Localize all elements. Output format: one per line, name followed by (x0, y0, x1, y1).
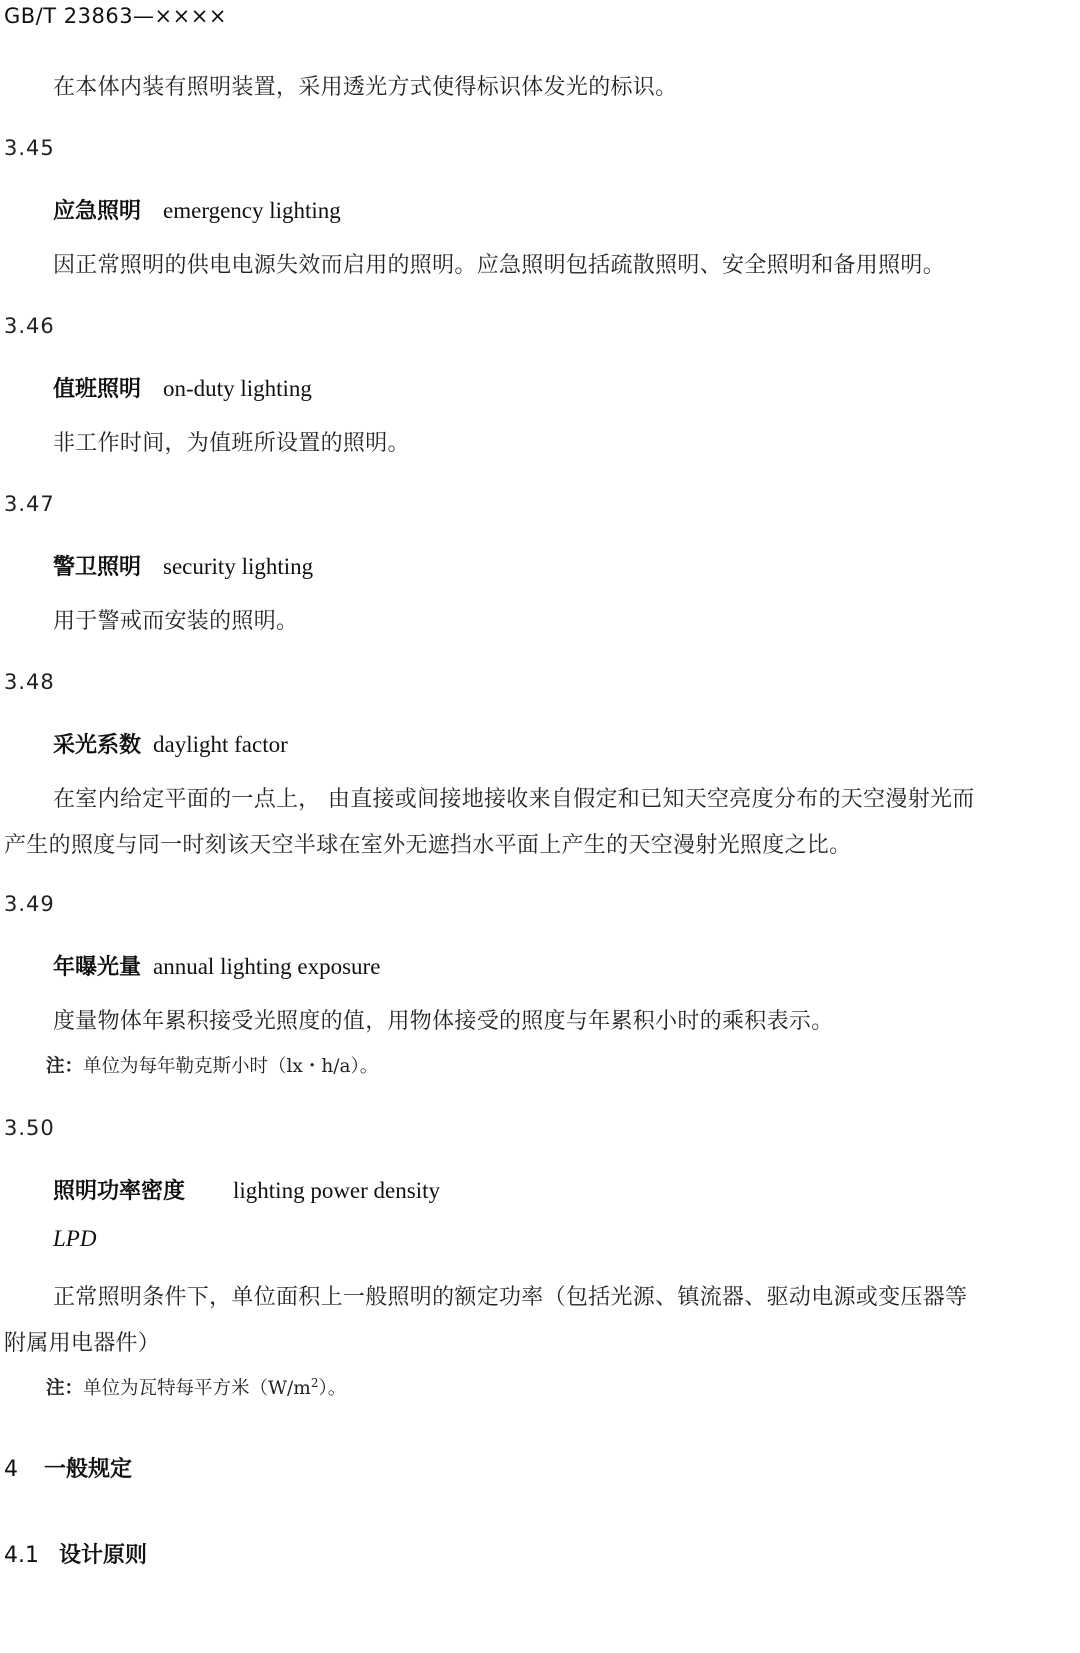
definition-daylight-factor-line-1: 在室内给定平面的一点上， 由直接或间接地接收来自假定和已知天空亮度分布的天空漫射… (53, 782, 975, 813)
clause-number-3-45: 3.45 (4, 136, 55, 160)
clause-number-3-48: 3.48 (4, 670, 55, 694)
term-heading-on-duty-lighting: 值班照明on-duty lighting (53, 372, 312, 403)
abbreviation-lpd: LPD (53, 1226, 96, 1252)
term-heading-security-lighting: 警卫照明security lighting (53, 550, 313, 581)
section-title: 一般规定 (44, 1457, 132, 1482)
clause-number-3-47: 3.47 (4, 492, 55, 516)
clause-number-3-50: 3.50 (4, 1116, 55, 1140)
term-zh: 采光系数 (53, 733, 141, 758)
note-text-before: 单位为瓦特每平方米（W/m (83, 1378, 311, 1399)
definition-lpd-line-1: 正常照明条件下，单位面积上一般照明的额定功率（包括光源、镇流器、驱动电源或变压器… (53, 1280, 967, 1311)
definition-daylight-factor-line-2: 产生的照度与同一时刻该天空半球在室外无遮挡水平面上产生的天空漫射光照度之比。 (4, 828, 851, 859)
term-heading-annual-lighting-exposure: 年曝光量annual lighting exposure (53, 950, 380, 981)
term-heading-emergency-lighting: 应急照明emergency lighting (53, 194, 341, 225)
term-zh: 照明功率密度 (53, 1179, 185, 1204)
term-en: emergency lighting (163, 198, 341, 223)
intro-paragraph: 在本体内装有照明装置，采用透光方式使得标识体发光的标识。 (53, 70, 677, 101)
note-text-after: ）。 (318, 1378, 346, 1399)
section-number: 4.1 (4, 1543, 39, 1568)
term-en: annual lighting exposure (153, 954, 380, 979)
definition-on-duty-lighting: 非工作时间，为值班所设置的照明。 (53, 426, 410, 457)
term-zh: 应急照明 (53, 199, 141, 224)
section-number: 4 (4, 1457, 18, 1482)
term-en: lighting power density (233, 1178, 440, 1203)
definition-security-lighting: 用于警戒而安装的照明。 (53, 604, 298, 635)
term-en: security lighting (163, 554, 313, 579)
document-header: GB/T 23863—×××× (4, 4, 227, 28)
term-zh: 年曝光量 (53, 955, 141, 980)
note-label: 注： (46, 1378, 83, 1399)
section-title: 设计原则 (59, 1543, 147, 1568)
term-zh: 警卫照明 (53, 555, 141, 580)
term-heading-lighting-power-density: 照明功率密度lighting power density (53, 1174, 440, 1205)
definition-emergency-lighting: 因正常照明的供电电源失效而启用的照明。应急照明包括疏散照明、安全照明和备用照明。 (53, 248, 945, 279)
clause-number-3-49: 3.49 (4, 892, 55, 916)
term-heading-daylight-factor: 采光系数daylight factor (53, 728, 288, 759)
section-heading-4: 4一般规定 (4, 1452, 132, 1483)
note-lighting-power-density: 注：单位为瓦特每平方米（W/m2）。 (46, 1374, 346, 1400)
note-text: 单位为每年勒克斯小时（lx・h/a）。 (83, 1056, 378, 1077)
note-label: 注： (46, 1056, 83, 1077)
definition-lpd-line-2: 附属用电器件） (4, 1326, 160, 1357)
term-en: on-duty lighting (163, 376, 312, 401)
term-en: daylight factor (153, 732, 288, 757)
term-zh: 值班照明 (53, 377, 141, 402)
definition-annual-lighting-exposure: 度量物体年累积接受光照度的值，用物体接受的照度与年累积小时的乘积表示。 (53, 1004, 834, 1035)
note-annual-lighting-exposure: 注：单位为每年勒克斯小时（lx・h/a）。 (46, 1052, 378, 1078)
section-heading-4-1: 4.1设计原则 (4, 1538, 147, 1569)
clause-number-3-46: 3.46 (4, 314, 55, 338)
